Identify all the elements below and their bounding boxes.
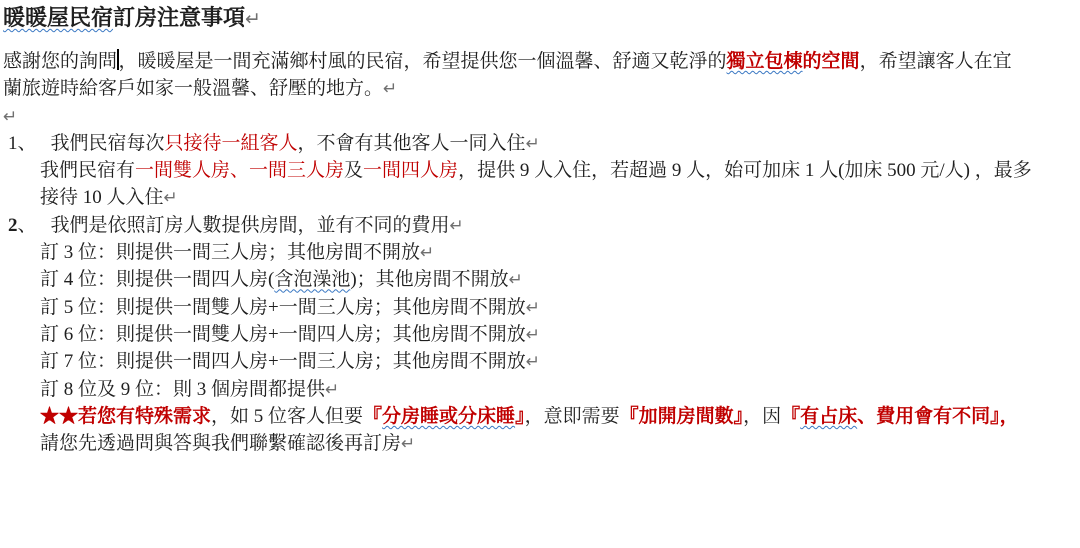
text-run: 訂 8 位及 9 位：則 3 個房間都提供 xyxy=(40,379,325,400)
text-line: 訂 7 位：則提供一間四人房+一間三人房；其他房間不開放↵ xyxy=(3,348,1080,375)
text-run: 一間四人房 xyxy=(363,160,458,181)
text-run: 訂 3 位：則提供一間三人房；其他房間不開放 xyxy=(40,242,420,263)
text-run: ，不會有其他客人一同入住 xyxy=(298,133,526,154)
text-line: ★★若您有特殊需求，如 5 位客人但要『分房睡或分床睡』，意即需要『加開房間數』… xyxy=(3,403,1080,430)
pilcrow-mark: ↵ xyxy=(509,270,523,290)
text-run: 有占床 xyxy=(800,406,857,427)
pilcrow-mark: ↵ xyxy=(245,8,261,30)
pilcrow-mark: ↵ xyxy=(526,134,540,154)
document-body: 感謝您的詢問，暖暖屋是一間充滿鄉村風的民宿，希望提供您一個溫馨、舒適又乾淨的獨立… xyxy=(3,48,1080,457)
text-run: 請您先透過問與答與我們聯繫確認後再訂房 xyxy=(40,433,401,454)
pilcrow-mark: ↵ xyxy=(526,298,540,318)
text-line: 2、我們是依照訂房人數提供房間，並有不同的費用↵ xyxy=(3,212,1080,239)
text-run: ，如 5 位客人但要 xyxy=(211,406,363,427)
pilcrow-mark: ↵ xyxy=(526,352,540,372)
text-line: 訂 3 位：則提供一間三人房；其他房間不開放↵ xyxy=(3,239,1080,266)
text-run: 及 xyxy=(344,160,363,181)
text-run: ，意即需要 xyxy=(525,406,620,427)
text-line: 請您先透過問與答與我們聯繫確認後再訂房↵ xyxy=(3,430,1080,457)
list-number: 2 xyxy=(8,215,18,236)
text-run: 暖暖屋民宿 xyxy=(3,5,113,30)
pilcrow-mark: ↵ xyxy=(450,216,464,236)
text-run: 『 xyxy=(363,406,382,427)
pilcrow-mark: ↵ xyxy=(420,243,434,263)
text-run: 含泡澡池 xyxy=(274,269,350,290)
text-line: 訂 8 位及 9 位：則 3 個房間都提供↵ xyxy=(3,376,1080,403)
text-run: ，因 xyxy=(743,406,781,427)
text-line: ↵ xyxy=(3,103,1080,130)
text-run: 、 xyxy=(18,215,37,236)
text-line: 1、我們民宿每次只接待一組客人，不會有其他客人一同入住↵ xyxy=(3,130,1080,157)
text-run: 『 xyxy=(781,406,800,427)
text-run: 『加開房間數』 xyxy=(620,406,744,427)
text-run: 感謝您的詢問 xyxy=(3,51,117,72)
list-number: 1、 xyxy=(8,133,37,154)
text-run: 獨立包棟 xyxy=(727,51,803,72)
text-run: 』 xyxy=(515,406,525,427)
text-line: 蘭旅遊時給客戶如家一般溫馨、舒壓的地方。↵ xyxy=(3,75,1080,102)
text-run: 我們民宿每次 xyxy=(51,133,165,154)
text-line: 我們民宿有一間雙人房、一間三人房及一間四人房，提供 9 人入住，若超過 9 人，… xyxy=(3,157,1080,184)
text-run: 接待 10 人入住 xyxy=(40,187,164,208)
text-line: 感謝您的詢問，暖暖屋是一間充滿鄉村風的民宿，希望提供您一個溫馨、舒適又乾淨的獨立… xyxy=(3,48,1080,75)
text-line: 訂 4 位：則提供一間四人房(含泡澡池)；其他房間不開放↵ xyxy=(3,266,1080,293)
text-run: 的空間 xyxy=(803,51,860,72)
text-run: ，暖暖屋是一間充滿鄉村風的民宿，希望提供您一個溫馨、舒適又乾淨的 xyxy=(119,51,727,72)
text-run: 分房睡或分床睡 xyxy=(382,406,515,427)
text-run: 我們是依照訂房人數提供房間，並有不同的費用 xyxy=(51,215,450,236)
text-run: )；其他房間不開放 xyxy=(350,269,508,290)
document-title: 暖暖屋民宿訂房注意事項↵ xyxy=(3,3,1080,33)
text-run: 訂房注意事項 xyxy=(113,5,245,30)
pilcrow-mark: ↵ xyxy=(164,188,178,208)
text-run: 訂 6 位：則提供一間雙人房+一間四人房；其他房間不開放 xyxy=(40,324,526,345)
text-run: ，提供 9 人入住，若超過 9 人，始可加床 1 人(加床 500 元/人) ，… xyxy=(458,160,1032,181)
text-line: 接待 10 人入住↵ xyxy=(3,184,1080,211)
pilcrow-mark: ↵ xyxy=(383,79,397,99)
pilcrow-mark: ↵ xyxy=(3,107,17,127)
pilcrow-mark: ↵ xyxy=(325,380,339,400)
text-run: 訂 4 位：則提供一間四人房( xyxy=(40,269,274,290)
text-run: 我們民宿有 xyxy=(40,160,135,181)
text-run: 、費用會有不同』， xyxy=(857,406,1019,427)
text-run: ★★若您有特殊需求 xyxy=(40,406,211,427)
text-run: 只接待一組客人 xyxy=(165,133,298,154)
text-line: 訂 6 位：則提供一間雙人房+一間四人房；其他房間不開放↵ xyxy=(3,321,1080,348)
text-run: 蘭旅遊時給客戶如家一般溫馨、舒壓的地方。 xyxy=(3,78,383,99)
text-run: 一間雙人房、一間三人房 xyxy=(135,160,344,181)
text-run: ，希望讓客人在宜 xyxy=(860,51,1012,72)
pilcrow-mark: ↵ xyxy=(401,434,415,454)
pilcrow-mark: ↵ xyxy=(526,325,540,345)
text-run: 訂 7 位：則提供一間四人房+一間三人房；其他房間不開放 xyxy=(40,351,526,372)
text-line: 訂 5 位：則提供一間雙人房+一間三人房；其他房間不開放↵ xyxy=(3,294,1080,321)
text-run: 訂 5 位：則提供一間雙人房+一間三人房；其他房間不開放 xyxy=(40,297,526,318)
document-page[interactable]: 暖暖屋民宿訂房注意事項↵ 感謝您的詢問，暖暖屋是一間充滿鄉村風的民宿，希望提供您… xyxy=(0,0,1080,548)
